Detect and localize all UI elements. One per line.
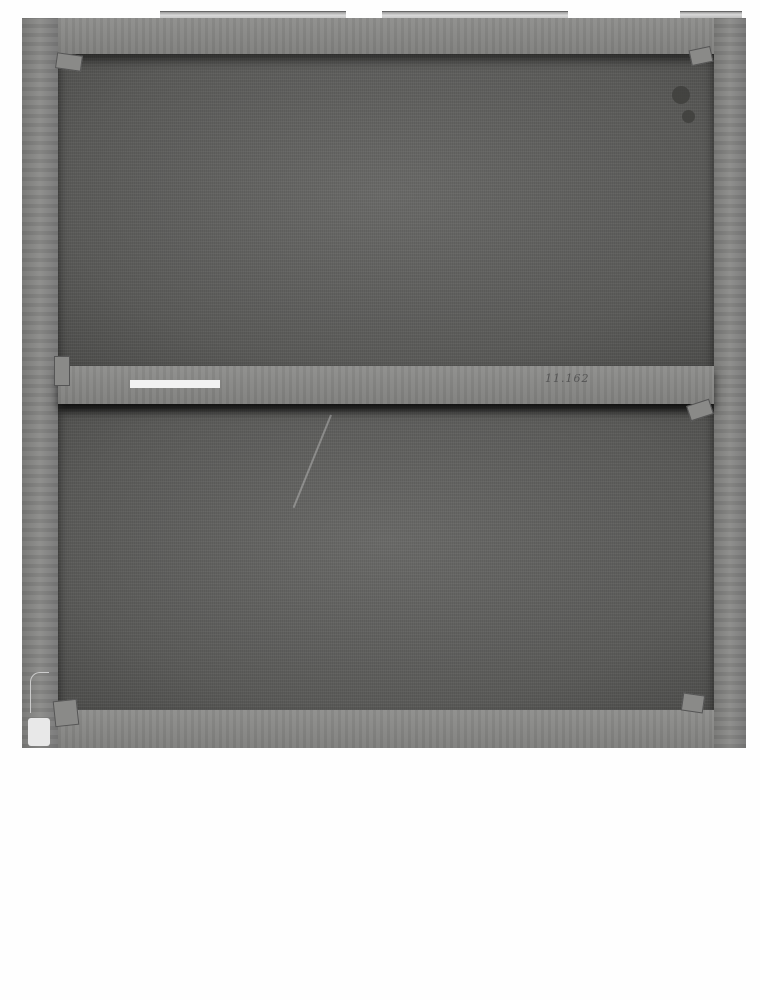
stretcher-right-bar [714,18,746,748]
stretcher-top-bar [58,18,714,54]
canvas-panel-lower [58,404,714,710]
stain-upper [672,86,690,104]
stain-lower [682,110,695,123]
crossbar-inscription: 11.162 [545,372,590,385]
canvas-panel-upper [58,54,714,368]
paper-tag [28,718,50,746]
corner-key-bottom-left [53,699,80,727]
top-edge-strip-corner [680,11,742,18]
stretcher-bottom-bar [58,710,714,748]
wire-hook [30,672,49,713]
key-crossbar-left [54,356,70,386]
stretcher-left-bar [22,18,58,748]
white-label-tape [130,380,220,388]
corner-key-top-left [55,52,83,71]
corner-key-bottom-right [681,693,705,714]
photograph: 11.162 [0,0,760,760]
